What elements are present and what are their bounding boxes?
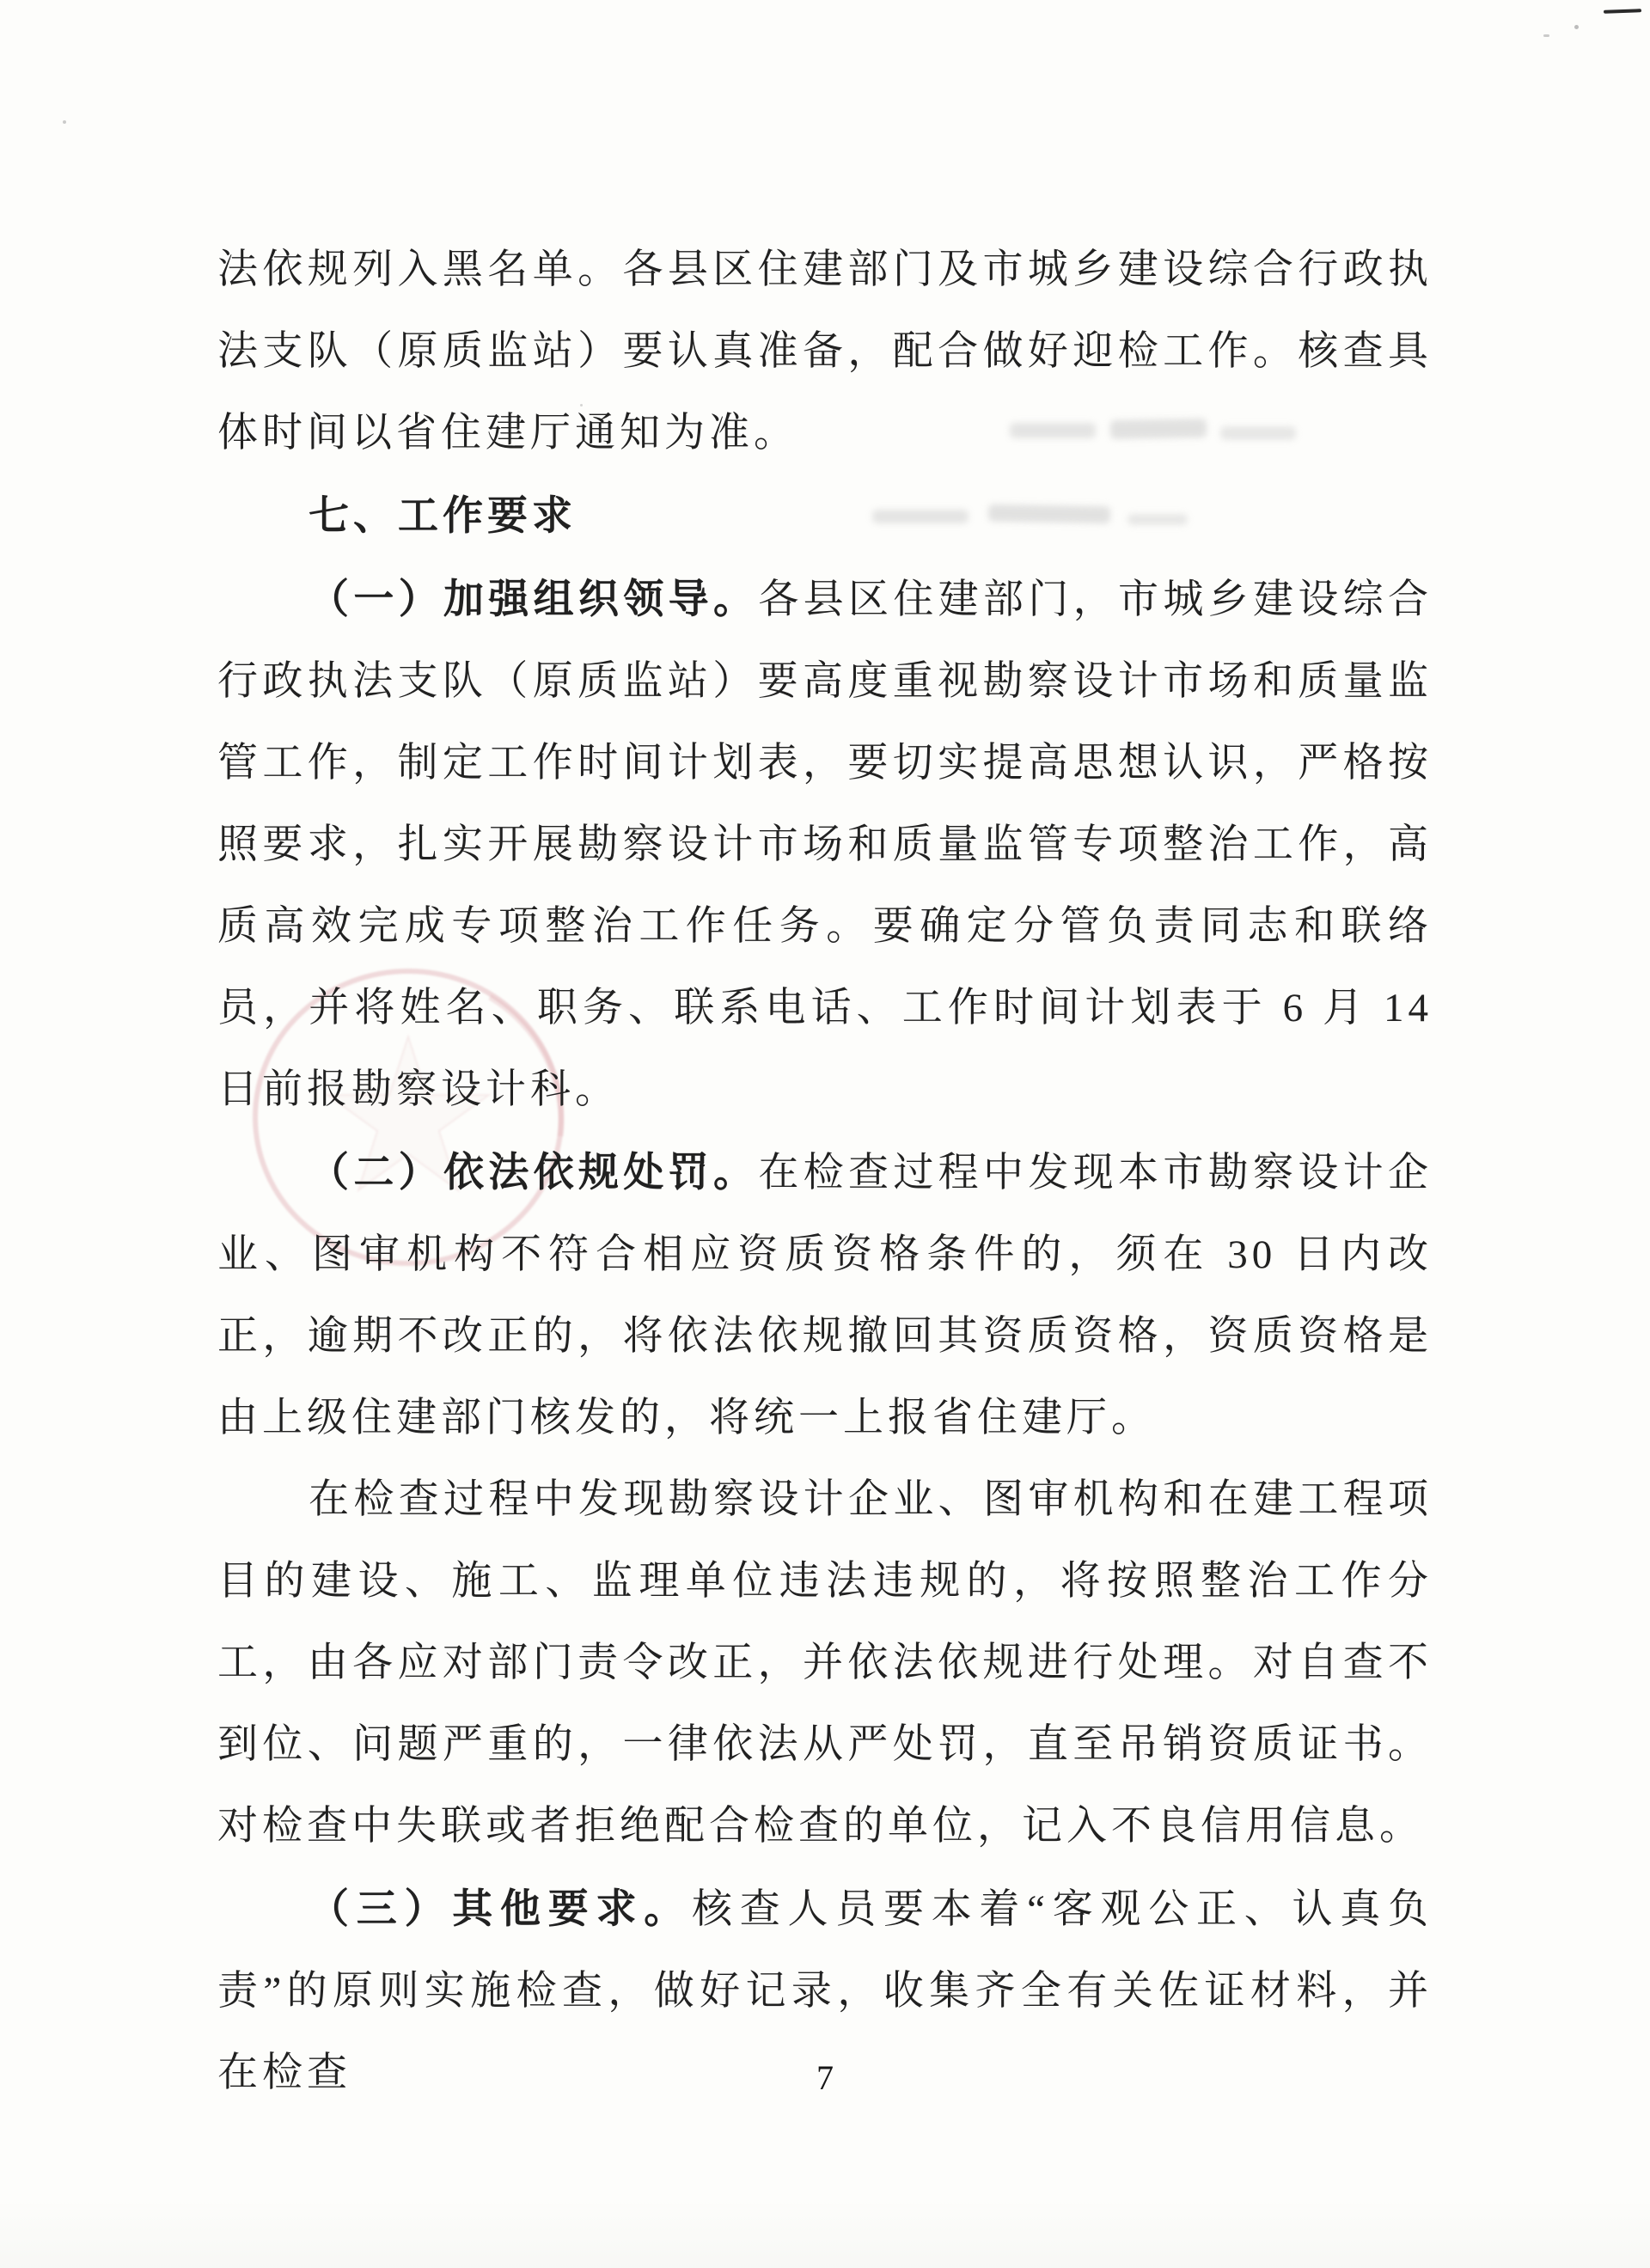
section-heading: 七、工作要求 bbox=[217, 474, 1433, 558]
scan-speck bbox=[1574, 25, 1579, 29]
item-3-lead: （三）其他要求。 bbox=[309, 1886, 692, 1931]
section-heading-text: 七、工作要求 bbox=[309, 492, 577, 538]
scan-speck bbox=[1543, 34, 1549, 37]
paragraph-continuation: 法依规列入黑名单。各县区住建部门及市城乡建设综合行政执法支队（原质监站）要认真准… bbox=[217, 229, 1433, 474]
paragraph-item-2: （二）依法依规处罚。在检查过程中发现本市勘察设计企业、图审机构不符合相应资质资格… bbox=[217, 1131, 1433, 1459]
paragraph-plain: 在检查过程中发现勘察设计企业、图审机构和在建工程项目的建设、施工、监理单位违法违… bbox=[217, 1459, 1433, 1868]
scan-artifact-dash bbox=[1604, 9, 1641, 14]
paragraph-item-1: （一）加强组织领导。各县区住建部门，市城乡建设综合行政执法支队（原质监站）要高度… bbox=[217, 558, 1433, 1131]
scanned-page: 法依规列入黑名单。各县区住建部门及市城乡建设综合行政执法支队（原质监站）要认真准… bbox=[0, 0, 1650, 2268]
scan-speck bbox=[580, 404, 583, 407]
paragraph-text: 在检查过程中发现勘察设计企业、图审机构和在建工程项目的建设、施工、监理单位违法违… bbox=[217, 1477, 1433, 1849]
item-1-lead: （一）加强组织领导。 bbox=[309, 576, 758, 621]
document-body: 法依规列入黑名单。各县区住建部门及市城乡建设综合行政执法支队（原质监站）要认真准… bbox=[217, 229, 1433, 2114]
item-2-lead: （二）依法依规处罚。 bbox=[309, 1149, 758, 1195]
paragraph-text: 法依规列入黑名单。各县区住建部门及市城乡建设综合行政执法支队（原质监站）要认真准… bbox=[217, 248, 1433, 455]
scanner-shadow bbox=[0, 2199, 1650, 2268]
scan-speck bbox=[63, 120, 66, 124]
item-1-text: 各县区住建部门，市城乡建设综合行政执法支队（原质监站）要高度重视勘察设计市场和质… bbox=[217, 578, 1433, 1112]
page-number: 7 bbox=[0, 2057, 1650, 2098]
